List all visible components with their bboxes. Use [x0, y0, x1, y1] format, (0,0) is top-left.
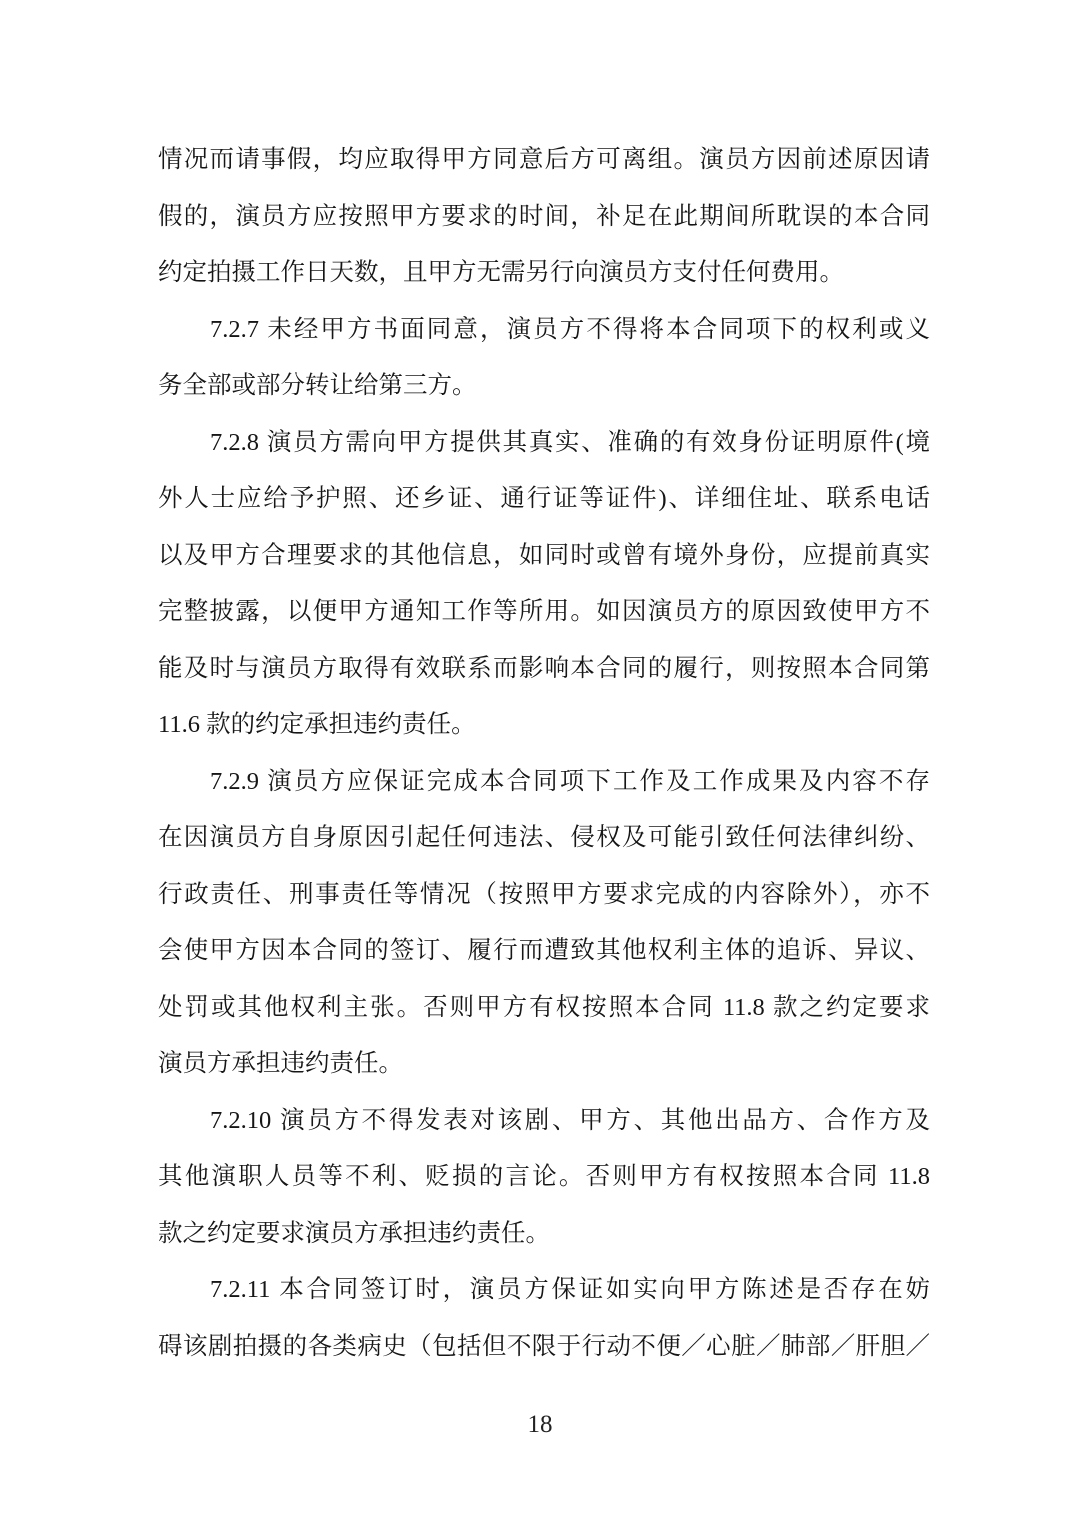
document-line: 7.2.10 演员方不得发表对该剧、甲方、其他出品方、合作方及 [158, 1093, 930, 1150]
document-line: 款之约定要求演员方承担违约责任。 [158, 1206, 930, 1263]
document-line: 处罚或其他权利主张。否则甲方有权按照本合同 11.8 款之约定要求 [158, 980, 930, 1037]
page-number: 18 [528, 1411, 553, 1438]
document-line: 约定拍摄工作日天数，且甲方无需另行向演员方支付任何费用。 [158, 245, 930, 302]
document-line: 在因演员方自身原因引起任何违法、侵权及可能引致任何法律纠纷、 [158, 810, 930, 867]
document-line: 11.6 款的约定承担违约责任。 [158, 697, 930, 754]
document-line: 其他演职人员等不利、贬损的言论。否则甲方有权按照本合同 11.8 [158, 1149, 930, 1206]
document-line: 完整披露，以便甲方通知工作等所用。如因演员方的原因致使甲方不 [158, 584, 930, 641]
document-line: 能及时与演员方取得有效联系而影响本合同的履行，则按照本合同第 [158, 641, 930, 698]
document-line: 以及甲方合理要求的其他信息，如同时或曾有境外身份，应提前真实 [158, 528, 930, 585]
page-footer: 18 [0, 1408, 1080, 1442]
contract-text-block: 情况而请事假，均应取得甲方同意后方可离组。演员方因前述原因请假的，演员方应按照甲… [158, 132, 930, 1375]
document-line: 假的，演员方应按照甲方要求的时间，补足在此期间所耽误的本合同 [158, 189, 930, 246]
document-line: 7.2.9 演员方应保证完成本合同项下工作及工作成果及内容不存 [158, 754, 930, 811]
document-line: 碍该剧拍摄的各类病史（包括但不限于行动不便／心脏／肺部／肝胆／ [158, 1319, 930, 1376]
document-line: 7.2.8 演员方需向甲方提供其真实、准确的有效身份证明原件(境 [158, 415, 930, 472]
document-line: 会使甲方因本合同的签订、履行而遭致其他权利主体的追诉、异议、 [158, 923, 930, 980]
document-line: 情况而请事假，均应取得甲方同意后方可离组。演员方因前述原因请 [158, 132, 930, 189]
document-page: 情况而请事假，均应取得甲方同意后方可离组。演员方因前述原因请假的，演员方应按照甲… [0, 0, 1080, 1527]
document-line: 演员方承担违约责任。 [158, 1036, 930, 1093]
document-line: 行政责任、刑事责任等情况（按照甲方要求完成的内容除外），亦不 [158, 867, 930, 924]
document-line: 7.2.7 未经甲方书面同意，演员方不得将本合同项下的权利或义 [158, 302, 930, 359]
document-line: 外人士应给予护照、还乡证、通行证等证件)、详细住址、联系电话 [158, 471, 930, 528]
document-line: 务全部或部分转让给第三方。 [158, 358, 930, 415]
document-line: 7.2.11 本合同签订时，演员方保证如实向甲方陈述是否存在妨 [158, 1262, 930, 1319]
